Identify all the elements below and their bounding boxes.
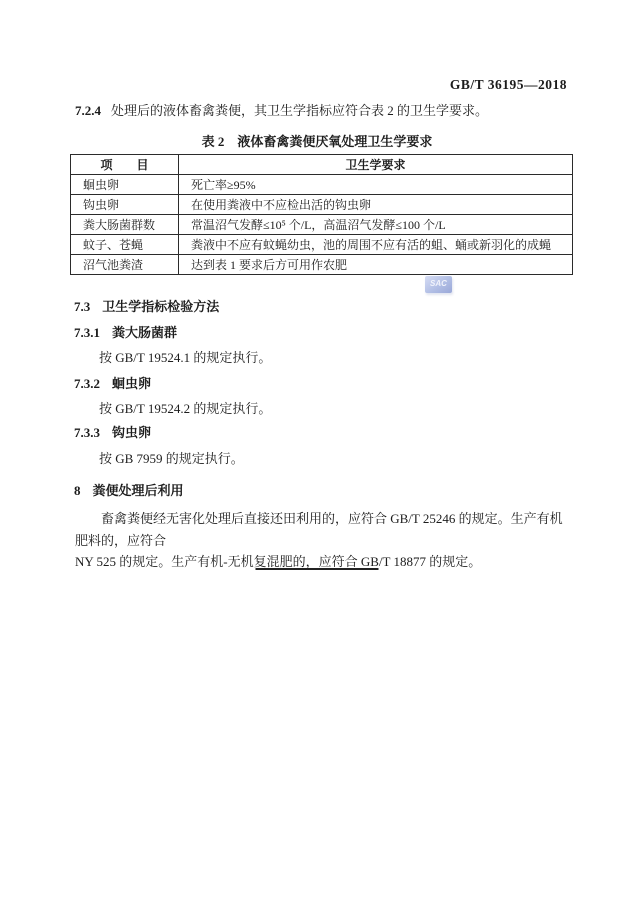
section-body-7-3-1: 按 GB/T 19524.1 的规定执行。 [99,347,271,366]
cell-item: 蚊子、苍蝇 [71,235,179,255]
section-heading-8: 8粪便处理后利用 [74,480,184,499]
clause-7-2-4: 7.2.4处理后的液体畜禽粪便，其卫生学指标应符合表 2 的卫生学要求。 [75,102,574,119]
cell-requirement: 常温沼气发酵≤10⁵ 个/L，高温沼气发酵≤100 个/L [179,215,573,235]
table-header-row: 项 目 卫生学要求 [71,155,573,175]
clause-7-2-4-text: 处理后的液体畜禽粪便，其卫生学指标应符合表 2 的卫生学要求。 [111,103,488,118]
column-header-item: 项 目 [71,155,179,175]
table-2-caption: 表 2 液体畜禽粪便厌氧处理卫生学要求 [0,131,634,150]
section-heading-7-3: 7.3卫生学指标检验方法 [74,296,219,315]
section-8-paragraph: 畜禽粪便经无害化处理后直接还田利用的，应符合 GB/T 25246 的规定。生产… [75,508,570,573]
section-title: 蛔虫卵 [112,376,151,391]
column-header-requirement: 卫生学要求 [179,155,573,175]
table-2: 项 目 卫生学要求 蛔虫卵 死亡率≥95% 钩虫卵 在使用粪液中不应检出活的钩虫… [70,154,573,275]
section-number: 7.3.2 [74,376,100,391]
section-number: 8 [74,483,81,498]
section-body-7-3-2: 按 GB/T 19524.2 的规定执行。 [99,398,271,417]
document-page: GB/T 36195—2018 7.2.4处理后的液体畜禽粪便，其卫生学指标应符… [0,0,634,898]
section-heading-7-3-3: 7.3.3钩虫卵 [74,422,151,441]
table-row: 蚊子、苍蝇 粪液中不应有蚊蝇幼虫，池的周围不应有活的蛆、蛹或新羽化的成蝇 [71,235,573,255]
section-number: 7.3.3 [74,425,100,440]
section-body-7-3-3: 按 GB 7959 的规定执行。 [99,448,244,467]
standard-code-header: GB/T 36195—2018 [450,77,567,93]
cell-item: 粪大肠菌群数 [71,215,179,235]
table-row: 钩虫卵 在使用粪液中不应检出活的钩虫卵 [71,195,573,215]
paragraph-line: 畜禽粪便经无害化处理后直接还田利用的，应符合 GB/T 25246 的规定。生产… [75,508,570,551]
cell-requirement: 粪液中不应有蚊蝇幼虫，池的周围不应有活的蛆、蛹或新羽化的成蝇 [179,235,573,255]
section-number: 7.3.1 [74,325,100,340]
clause-7-2-4-number: 7.2.4 [75,103,101,118]
cell-requirement: 在使用粪液中不应检出活的钩虫卵 [179,195,573,215]
section-title: 钩虫卵 [112,425,151,440]
table-row: 蛔虫卵 死亡率≥95% [71,175,573,195]
sac-watermark-stamp: SAC [425,276,452,293]
section-heading-7-3-2: 7.3.2蛔虫卵 [74,373,151,392]
section-title: 粪大肠菌群 [112,325,177,340]
end-of-document-rule [256,568,379,570]
section-number: 7.3 [74,299,90,314]
cell-item: 沼气池粪渣 [71,255,179,275]
section-title: 卫生学指标检验方法 [102,299,219,314]
table-row: 粪大肠菌群数 常温沼气发酵≤10⁵ 个/L，高温沼气发酵≤100 个/L [71,215,573,235]
section-heading-7-3-1: 7.3.1粪大肠菌群 [74,322,177,341]
cell-requirement: 死亡率≥95% [179,175,573,195]
table-row: 沼气池粪渣 达到表 1 要求后方可用作农肥 [71,255,573,275]
cell-item: 蛔虫卵 [71,175,179,195]
cell-requirement: 达到表 1 要求后方可用作农肥 [179,255,573,275]
cell-item: 钩虫卵 [71,195,179,215]
section-title: 粪便处理后利用 [93,483,184,498]
